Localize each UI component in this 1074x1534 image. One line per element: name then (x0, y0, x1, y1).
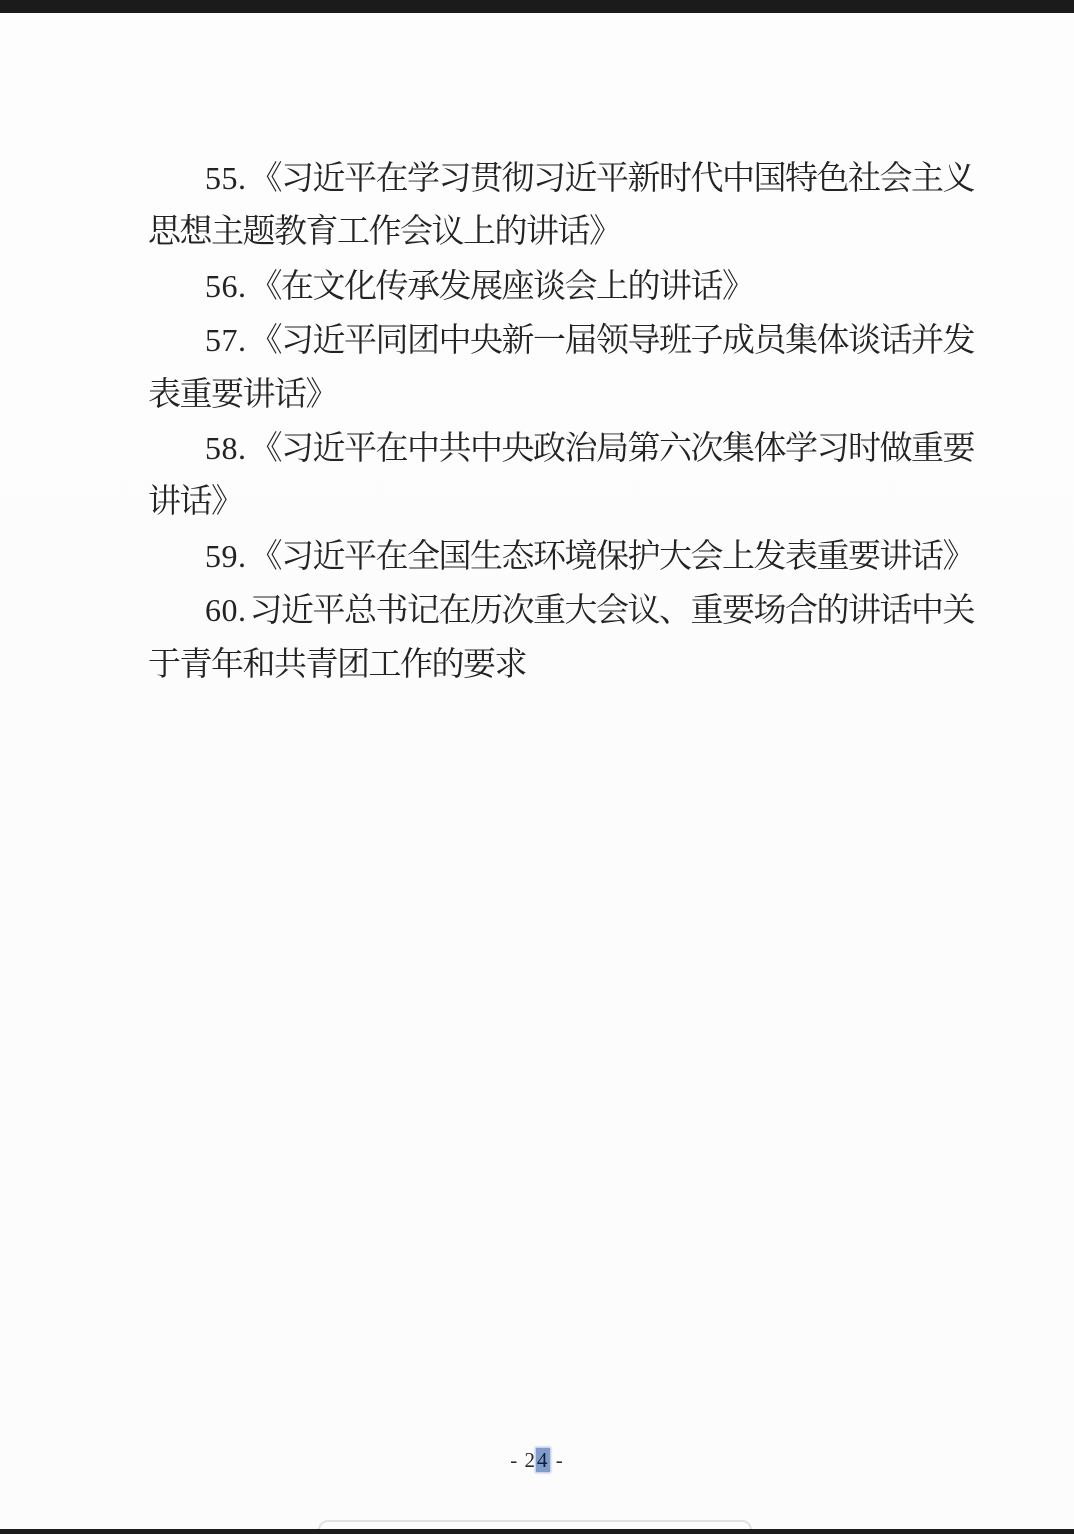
text-line: 57.《习近平同团中央新一届领导班子成员集体谈话并发 (148, 314, 944, 368)
text-line: 表重要讲话》 (148, 369, 944, 422)
page-number: - 24 - (0, 1447, 1074, 1473)
item-number: 60. (205, 592, 250, 628)
list-item: 56.《在文化传承发展座谈会上的讲话》 (148, 260, 944, 314)
item-number: 58. (205, 430, 250, 466)
document-viewer: { "document": { "list_items": [ { "numbe… (0, 0, 1074, 1534)
item-number: 55. (205, 160, 250, 196)
text-line: 于青年和共青团工作的要求 (148, 639, 944, 692)
list-item: 57.《习近平同团中央新一届领导班子成员集体谈话并发表重要讲话》 (148, 314, 944, 422)
page-number-suffix: - (550, 1448, 564, 1472)
list-item: 60.习近平总书记在历次重大会议、重要场合的讲话中关于青年和共青团工作的要求 (148, 584, 944, 692)
text-line: 讲话》 (148, 476, 944, 529)
text-line: 58.《习近平在中共中央政治局第六次集体学习时做重要 (148, 422, 944, 476)
top-dark-bar (0, 0, 1074, 13)
text-line: 56.《在文化传承发展座谈会上的讲话》 (148, 260, 944, 314)
list-item: 58.《习近平在中共中央政治局第六次集体学习时做重要讲话》 (148, 422, 944, 530)
text-line: 59.《习近平在全国生态环境保护大会上发表重要讲话》 (148, 530, 944, 584)
document-list: 55.《习近平在学习贯彻习近平新时代中国特色社会主义思想主题教育工作会议上的讲话… (148, 152, 944, 692)
item-number: 56. (205, 268, 250, 304)
text-line: 思想主题教育工作会议上的讲话》 (148, 206, 944, 259)
document-page: 55.《习近平在学习贯彻习近平新时代中国特色社会主义思想主题教育工作会议上的讲话… (0, 13, 1074, 1529)
page-number-prefix: - 2 (510, 1448, 536, 1472)
bottom-dark-bar (0, 1529, 1074, 1534)
list-item: 59.《习近平在全国生态环境保护大会上发表重要讲话》 (148, 530, 944, 584)
text-line: 55.《习近平在学习贯彻习近平新时代中国特色社会主义 (148, 152, 944, 206)
item-number: 57. (205, 322, 250, 358)
text-line: 60.习近平总书记在历次重大会议、重要场合的讲话中关 (148, 584, 944, 638)
list-item: 55.《习近平在学习贯彻习近平新时代中国特色社会主义思想主题教育工作会议上的讲话… (148, 152, 944, 260)
page-number-highlighted-digit: 4 (536, 1448, 550, 1472)
item-number: 59. (205, 538, 250, 574)
